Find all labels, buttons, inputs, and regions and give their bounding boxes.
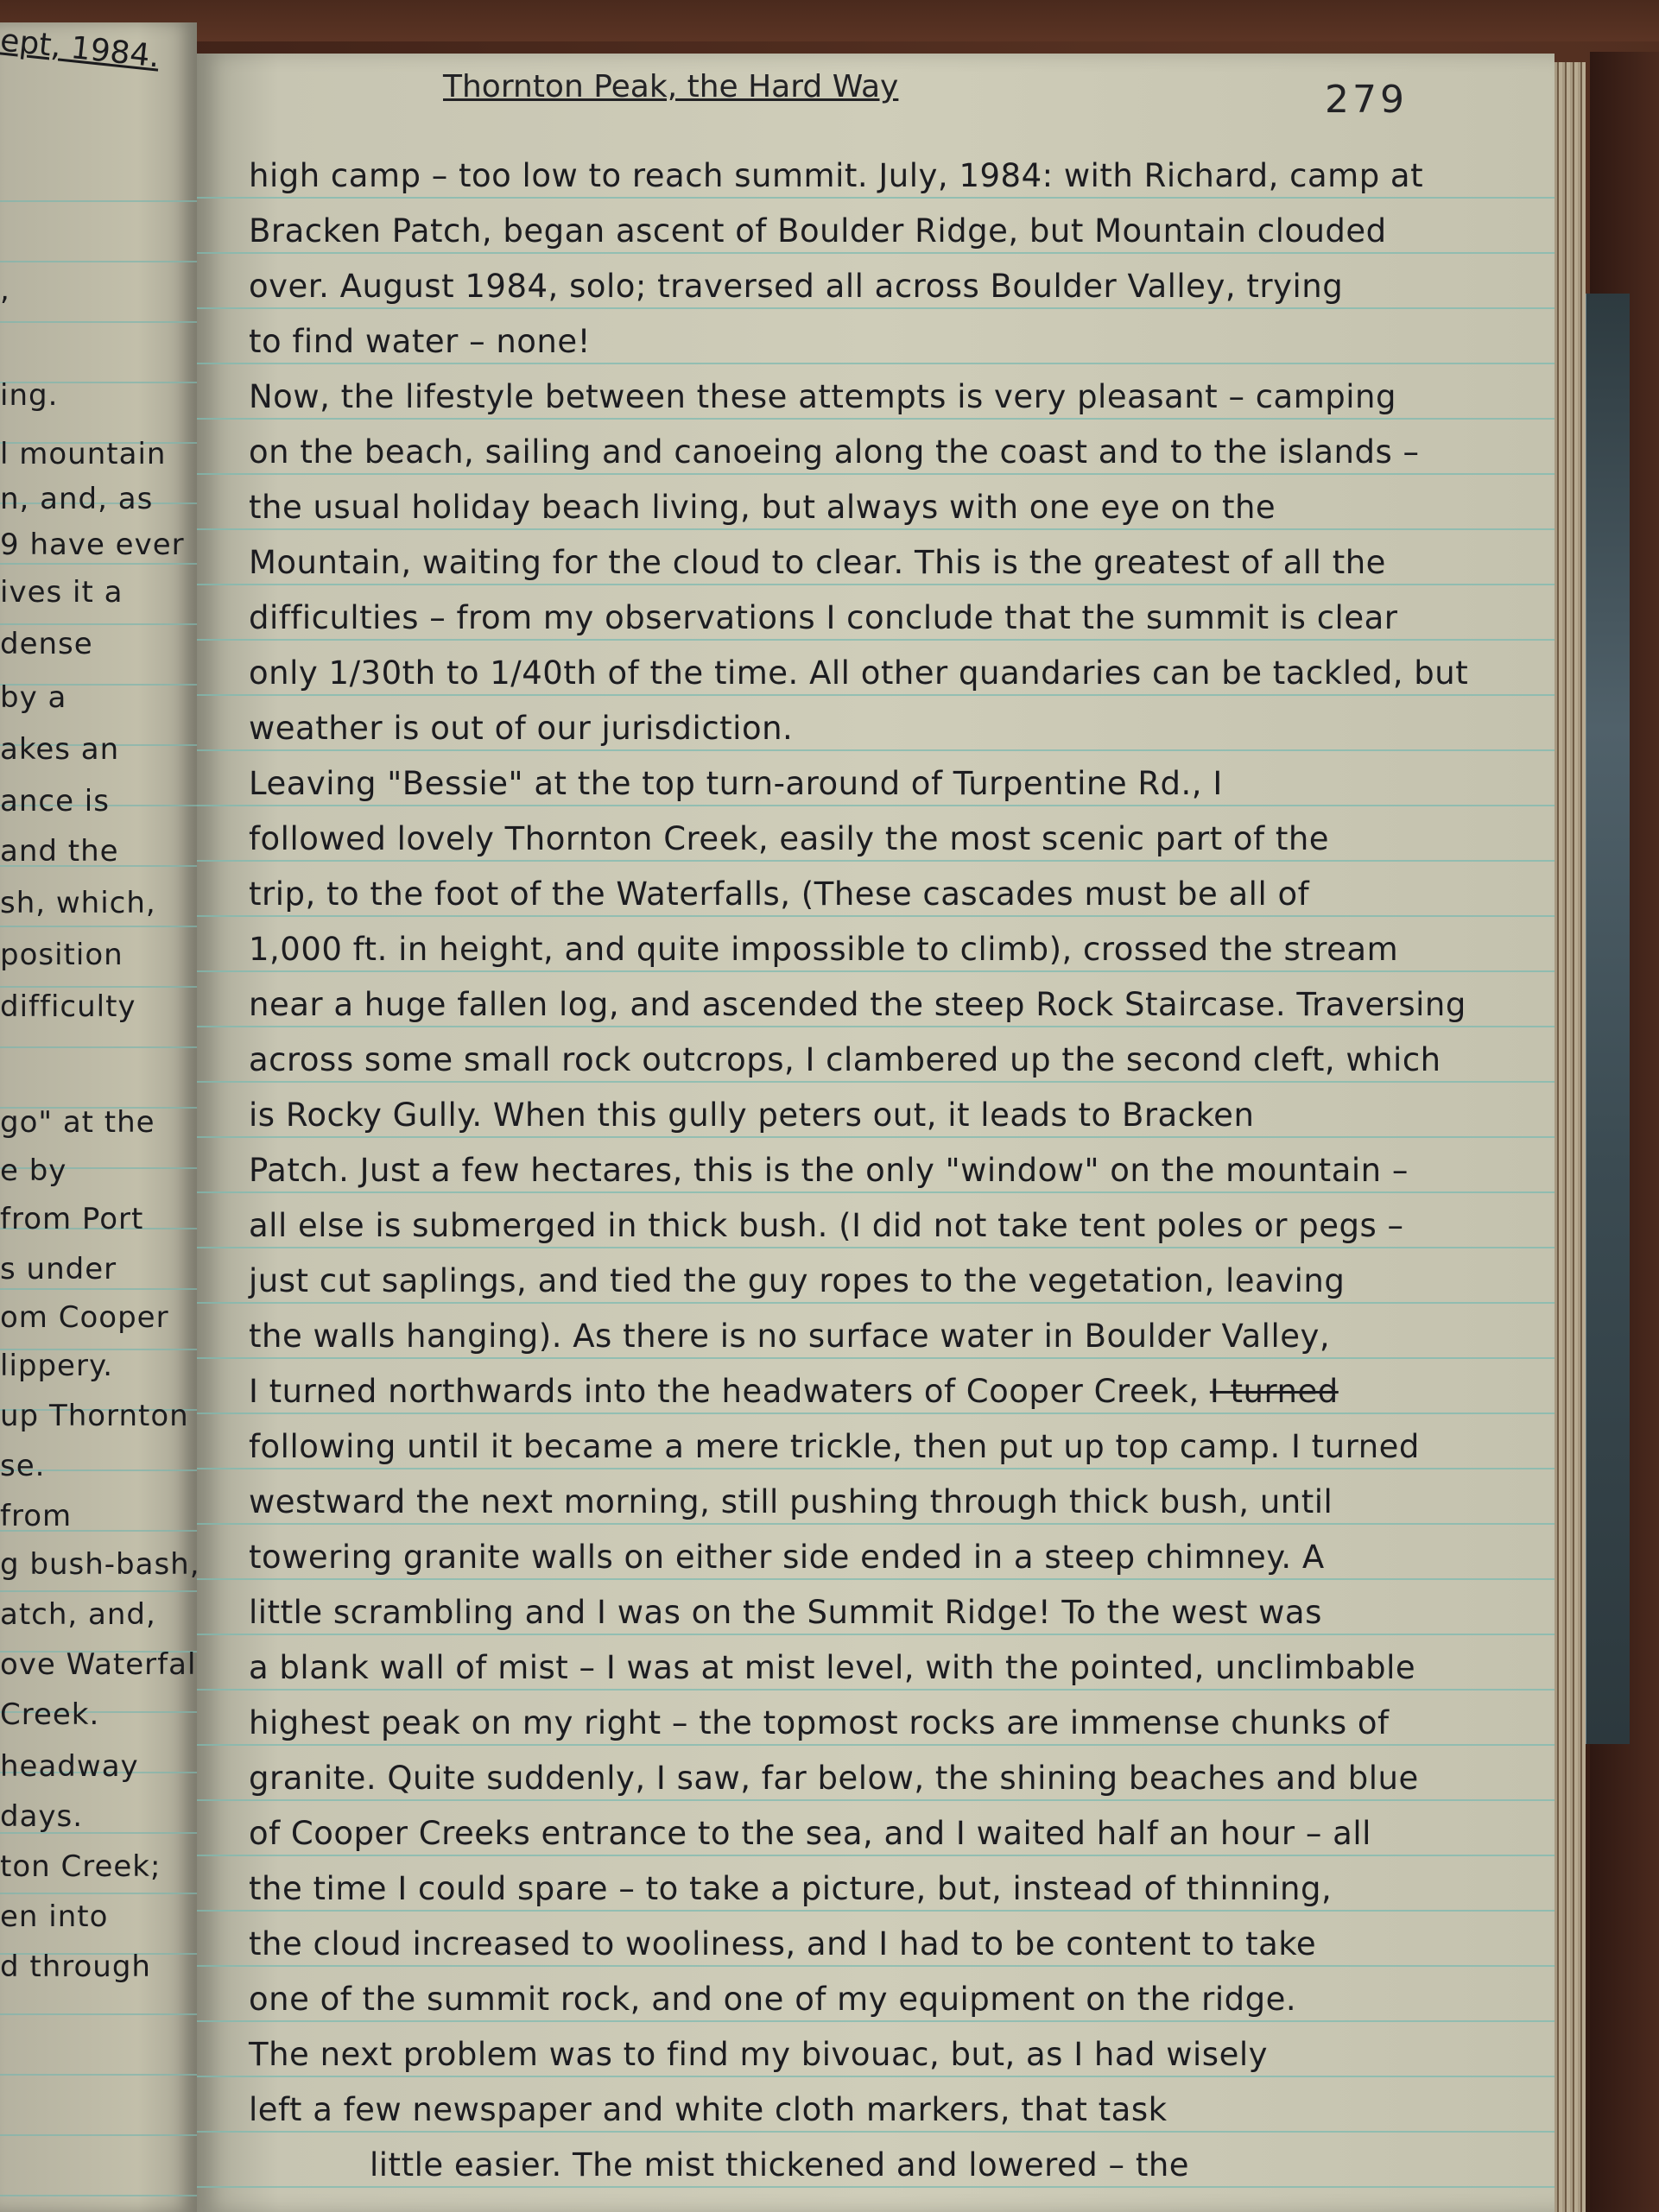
journal-line: across some small rock outcrops, I clamb…	[249, 1041, 1441, 1078]
journal-line: to find water – none!	[249, 323, 591, 360]
left-text-line: from	[0, 1499, 72, 1533]
left-text-line: s under	[0, 1252, 117, 1286]
left-text-line: se.	[0, 1449, 45, 1483]
right-page: Thornton Peak, the Hard Way 279 high cam…	[197, 54, 1555, 2212]
left-text-line: sh, which,	[0, 886, 156, 920]
left-text-line: difficulty	[0, 989, 136, 1024]
left-text-line: ton Creek;	[0, 1849, 161, 1884]
journal-line: the cloud increased to wooliness, and I …	[249, 1925, 1316, 1962]
journal-line: left a few newspaper and white cloth mar…	[249, 2091, 1168, 2128]
left-text-line: headway	[0, 1749, 139, 1784]
journal-line: all else is submerged in thick bush. (I …	[249, 1207, 1404, 1244]
left-text-line: go" at the	[0, 1105, 155, 1140]
journal-line: little easier. The mist thickened and lo…	[370, 2146, 1189, 2184]
left-text-line: dense	[0, 627, 93, 661]
left-page: ept, 1984. , ing. l mountain n, and, as …	[0, 22, 197, 2212]
journal-line: near a huge fallen log, and ascended the…	[249, 986, 1466, 1023]
left-text-line: ,	[0, 273, 10, 307]
marbled-page-edge	[1585, 294, 1630, 1744]
left-text-line: atch, and,	[0, 1597, 156, 1632]
left-page-heading: ept, 1984.	[0, 22, 161, 74]
left-text-line: en into	[0, 1899, 108, 1934]
journal-line: granite. Quite suddenly, I saw, far belo…	[249, 1760, 1419, 1797]
left-text-line: n, and, as	[0, 482, 153, 516]
journal-line: only 1/30th to 1/40th of the time. All o…	[249, 654, 1468, 692]
journal-line: following until it became a mere trickle…	[249, 1428, 1420, 1465]
left-text-line: days.	[0, 1799, 83, 1834]
journal-line: little scrambling and I was on the Summi…	[249, 1594, 1322, 1631]
left-text-line: and the	[0, 834, 119, 869]
journal-line: the walls hanging). As there is no surfa…	[249, 1318, 1330, 1355]
journal-line: I turned northwards into the headwaters …	[249, 1373, 1339, 1410]
journal-line: weather is out of our jurisdiction.	[249, 710, 793, 747]
left-text-line: om Cooper	[0, 1300, 169, 1335]
left-text-line: up Thornton	[0, 1399, 189, 1433]
left-text-line: e by	[0, 1153, 66, 1188]
journal-line: over. August 1984, solo; traversed all a…	[249, 268, 1343, 305]
left-text-line: ove Waterfalls,	[0, 1647, 197, 1682]
journal-line: Now, the lifestyle between these attempt…	[249, 378, 1396, 415]
journal-line: followed lovely Thornton Creek, easily t…	[249, 820, 1329, 857]
left-text-line: d through	[0, 1950, 151, 1984]
struck-out-text: I turned	[1210, 1373, 1339, 1410]
journal-line: highest peak on my right – the topmost r…	[249, 1704, 1390, 1741]
journal-line: on the beach, sailing and canoeing along…	[249, 433, 1420, 471]
page-title: Thornton Peak, the Hard Way	[443, 69, 898, 104]
journal-line-text: I turned northwards into the headwaters …	[249, 1373, 1200, 1410]
journal-line: The next problem was to find my bivouac,…	[249, 2036, 1268, 2073]
left-text-line: Creek.	[0, 1697, 99, 1732]
journal-line: of Cooper Creeks entrance to the sea, an…	[249, 1815, 1371, 1852]
left-text-line: g bush-bash,	[0, 1547, 197, 1582]
journal-line: one of the summit rock, and one of my eq…	[249, 1981, 1296, 2018]
left-text-line: akes an	[0, 732, 119, 767]
page-number: 279	[1325, 78, 1408, 122]
journal-line: the usual holiday beach living, but alwa…	[249, 489, 1276, 526]
journal-line: a blank wall of mist – I was at mist lev…	[249, 1649, 1415, 1686]
book-cover-top	[0, 0, 1659, 41]
journal-line: Leaving "Bessie" at the top turn-around …	[249, 765, 1223, 802]
journal-line: just cut saplings, and tied the guy rope…	[249, 1262, 1345, 1299]
journal-line: 1,000 ft. in height, and quite impossibl…	[249, 931, 1398, 968]
journal-line: Mountain, waiting for the cloud to clear…	[249, 544, 1386, 581]
journal-line: difficulties – from my observations I co…	[249, 599, 1397, 636]
left-text-line: from Port	[0, 1202, 143, 1236]
journal-line: westward the next morning, still pushing…	[249, 1483, 1333, 1520]
left-text-line: ing.	[0, 378, 58, 413]
left-text-line: ives it a	[0, 575, 123, 610]
left-text-line: by a	[0, 680, 66, 715]
journal-line: Patch. Just a few hectares, this is the …	[249, 1152, 1409, 1189]
journal-line: high camp – too low to reach summit. Jul…	[249, 157, 1423, 194]
left-text-line: lippery.	[0, 1349, 113, 1383]
left-text-line: position	[0, 938, 123, 972]
journal-line: towering granite walls on either side en…	[249, 1539, 1325, 1576]
journal-line: is Rocky Gully. When this gully peters o…	[249, 1097, 1254, 1134]
left-text-line: ance is	[0, 784, 110, 818]
journal-line: the time I could spare – to take a pictu…	[249, 1870, 1332, 1907]
journal-line: Bracken Patch, began ascent of Boulder R…	[249, 212, 1387, 250]
page-stack-edge	[1555, 62, 1586, 2212]
journal-line: trip, to the foot of the Waterfalls, (Th…	[249, 875, 1309, 913]
left-text-line: l mountain	[0, 437, 166, 471]
left-text-line: 9 have ever	[0, 528, 185, 562]
